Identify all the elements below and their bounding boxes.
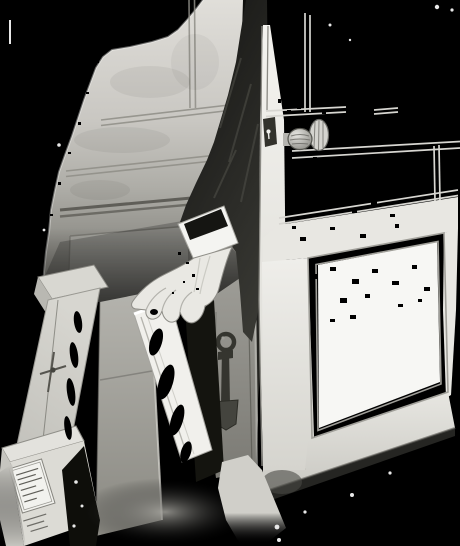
illustration-canvas bbox=[0, 0, 460, 546]
string-knot bbox=[50, 367, 55, 372]
illustration-hand-through-door bbox=[0, 0, 460, 546]
scan-artifact-line bbox=[9, 20, 11, 44]
lock-plate bbox=[263, 117, 277, 147]
left-stile bbox=[262, 258, 314, 470]
